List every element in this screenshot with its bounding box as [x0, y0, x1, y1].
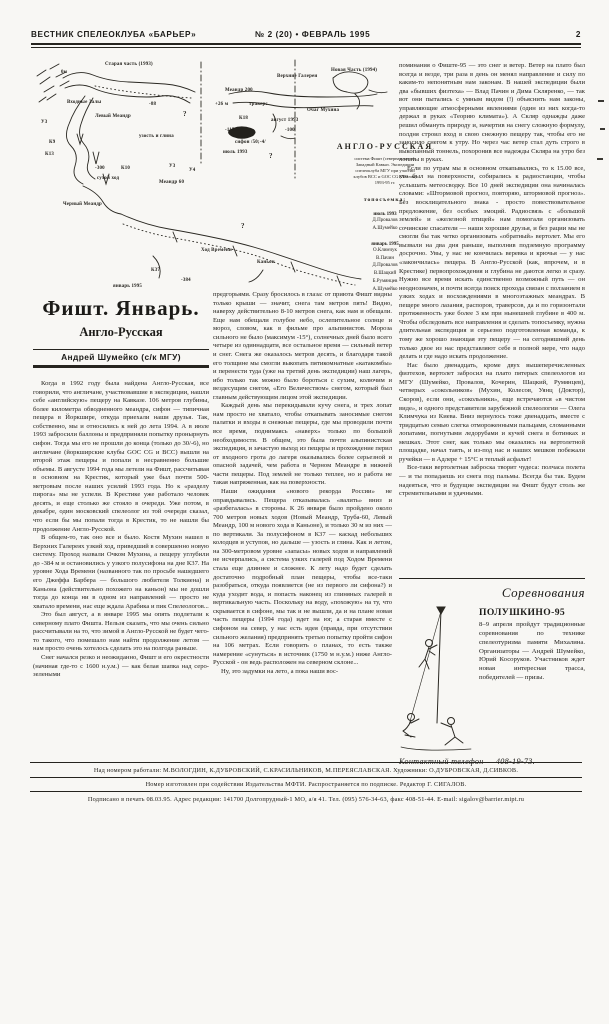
article-column-2: предгорьями. Сразу бросилось в глаза: от…: [213, 291, 392, 774]
map-label: К13: [45, 152, 54, 157]
map-label: К37: [151, 268, 160, 273]
map-label: К9: [49, 140, 55, 145]
map-label: -100: [285, 128, 295, 133]
paragraph: Нас было двенадцать, кроме двух вышепере…: [399, 362, 585, 465]
map-label: Ход Времени: [201, 248, 232, 253]
paragraph: Снег начался резко и неожиданно, Фишт и …: [33, 654, 209, 680]
cavers-illustration: [399, 605, 475, 757]
map-label: Черный Меандр: [63, 202, 102, 207]
svg-text:?: ?: [269, 152, 273, 160]
scan-artifact: [600, 128, 605, 130]
map-label: +26 м: [215, 102, 228, 107]
competition-title: ПОЛУШКИНО-95: [479, 607, 585, 618]
map-label: Новая Часть (1994): [331, 68, 377, 73]
map-label: -88: [149, 102, 156, 107]
scan-artifact: [597, 158, 603, 160]
map-label: июль 1993: [223, 150, 248, 155]
competitions-heading: Соревнования: [479, 585, 585, 601]
page-header: ВЕСТНИК СПЕЛЕОКЛУБА «БАРЬЕР» № 2 (20) • …: [31, 30, 581, 39]
header-rule: [31, 43, 581, 48]
map-label: 0м: [61, 70, 67, 75]
map-label: У4: [189, 168, 195, 173]
map-label: К18: [239, 116, 248, 121]
article-title-block: Фишт. Январь. Англо-Русская Андрей Шумей…: [33, 296, 209, 368]
map-label: У3: [41, 120, 47, 125]
map-label: сухой ход: [97, 176, 119, 181]
svg-text:?: ?: [183, 110, 187, 118]
map-label: траверс: [249, 102, 268, 107]
scan-artifact: [598, 100, 604, 102]
paragraph: Это был август, а в январе 1995 мы опять…: [33, 611, 209, 654]
paragraph: Когда в 1992 году была найдена Англо-Рус…: [33, 380, 209, 534]
map-label: Каньон: [257, 260, 275, 265]
map-label: Верхние Галереи: [277, 74, 317, 79]
paragraph: предгорьями. Сразу бросилось в глаза: от…: [213, 291, 392, 402]
map-label: Левый Меандр: [95, 114, 131, 119]
map-label: август 1993: [271, 118, 298, 123]
map-label: январь 1995: [113, 284, 142, 289]
page-number: 2: [576, 30, 581, 39]
article-column-3: поминания о Фиште-95 — это снег и ветер.…: [399, 62, 585, 571]
paragraph: Наши ожидания «нового рекорда России» не…: [213, 488, 392, 668]
footer-publisher: Номер изготовлен при содействии Издатель…: [30, 777, 582, 792]
masthead-title: ВЕСТНИК СПЕЛЕОКЛУБА «БАРЬЕР»: [31, 30, 196, 39]
competition-body: 8–9 апреля пройдут традиционные соревнов…: [479, 621, 585, 683]
map-label: -384: [181, 278, 191, 283]
article-subtitle: Англо-Русская: [33, 325, 209, 340]
footer-contacts: Подписано в печать 08.03.95. Адрес редак…: [30, 791, 582, 806]
paragraph: поминания о Фиште-95 — это снег и ветер.…: [399, 62, 585, 165]
map-label: -115: [225, 128, 235, 133]
map-label: узость и глина: [139, 134, 174, 139]
paragraph: Все-таки вертолетная заброска творит чуд…: [399, 464, 585, 498]
map-label: Меандр 200: [225, 88, 253, 93]
map-label: сифон /50;-4/: [235, 140, 266, 145]
article-author: Андрей Шумейко (с/к МГУ): [33, 349, 209, 368]
competitions-section: Соревнования ПОЛУШКИНО-95 8–9 апреля про…: [399, 578, 585, 768]
newsletter-page: ВЕСТНИК СПЕЛЕОКЛУБА «БАРЬЕР» № 2 (20) • …: [0, 0, 609, 1024]
map-label: У3: [169, 164, 175, 169]
issue-label: № 2 (20) • ФЕВРАЛЬ 1995: [255, 30, 370, 39]
page-footer: Над номером работали: М.ВОЛОГДИН, К.ДУБР…: [30, 762, 582, 806]
article-title: Фишт. Январь.: [33, 296, 209, 321]
svg-text:?: ?: [241, 222, 245, 230]
article-column-1: Когда в 1992 году была найдена Англо-Рус…: [33, 380, 209, 732]
paragraph: В общем-то, так оно все и было. Костя Му…: [33, 534, 209, 611]
paragraph: Если по утрам мы в основном откапывались…: [399, 165, 585, 362]
map-label: -300: [95, 166, 105, 171]
map-label: Старая часть (1993): [105, 62, 153, 67]
map-label: Очаг Мухина: [307, 108, 339, 113]
paragraph: Ну, это задумки на лето, а пока наши вос…: [213, 668, 392, 677]
paragraph: Каждый день мы перекидывали кучу снега, …: [213, 402, 392, 488]
footer-credits: Над номером работали: М.ВОЛОГДИН, К.ДУБР…: [30, 762, 582, 777]
map-label: Входные Залы: [67, 100, 101, 105]
map-label: К10: [121, 166, 130, 171]
map-label: Меандр 60: [159, 180, 184, 185]
